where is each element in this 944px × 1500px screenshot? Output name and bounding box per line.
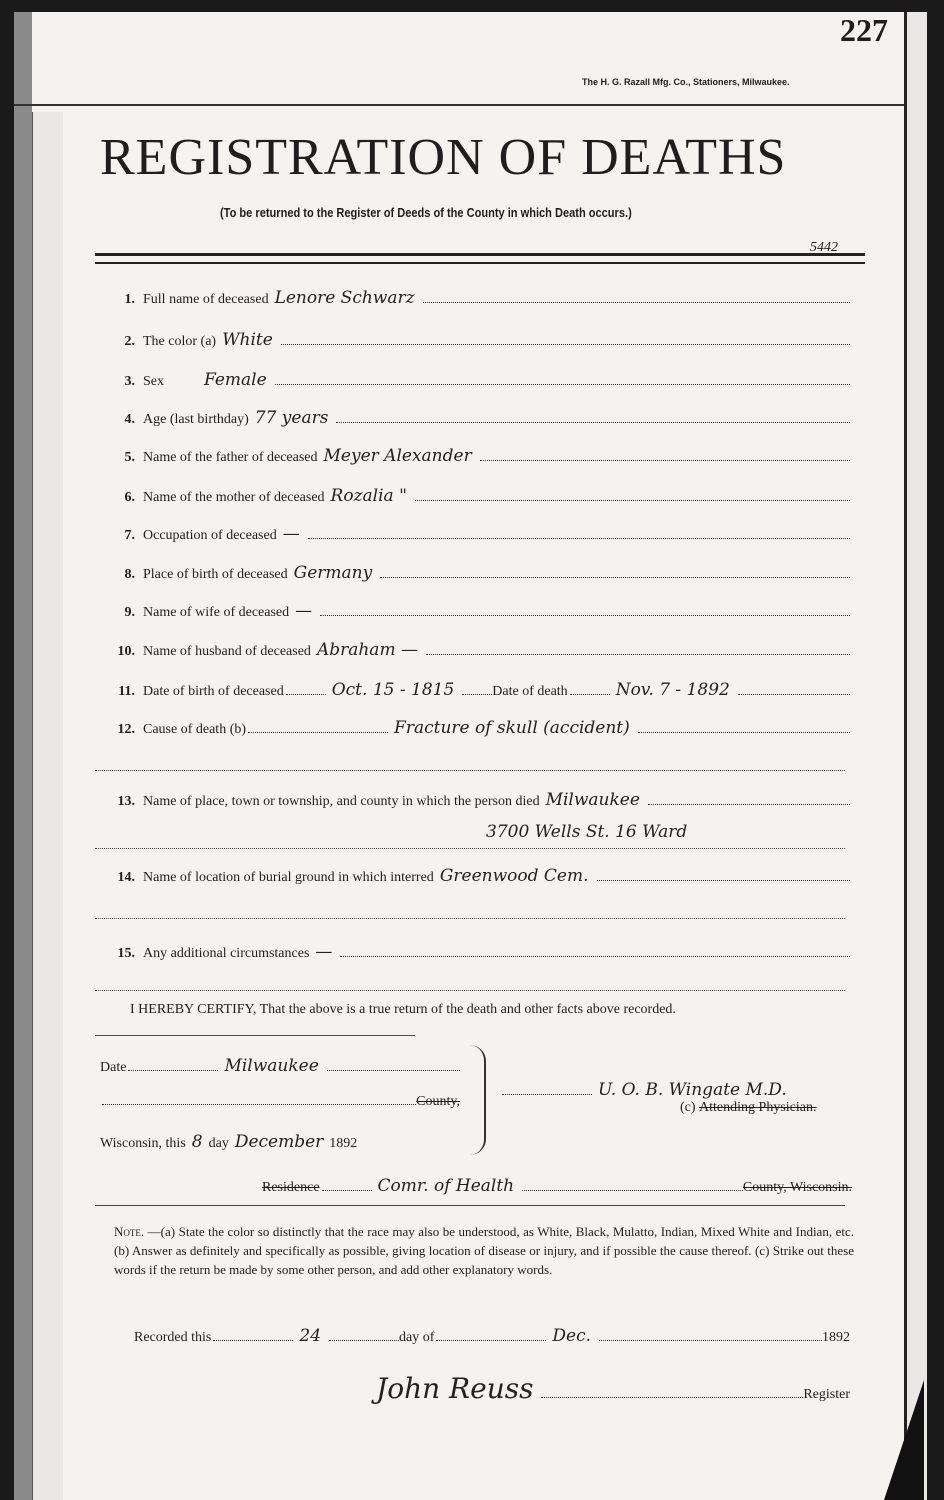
- title-rule: [95, 253, 865, 264]
- cause-continuation-line: [95, 770, 845, 771]
- field-label: The color (a): [143, 334, 216, 350]
- field-mother: 6. Name of the mother of deceased Rozali…: [100, 486, 850, 506]
- field-label: Name of location of burial ground in whi…: [143, 870, 434, 886]
- cert-brace: [470, 1045, 486, 1155]
- field-value: —: [289, 601, 318, 621]
- field-value: Greenwood Cem.: [434, 866, 595, 886]
- certification-statement: I HEREBY CERTIFY, That the above is a tr…: [130, 1002, 676, 1018]
- field-value: Germany: [288, 563, 379, 583]
- field-value: White: [216, 330, 279, 350]
- left-margin: [32, 112, 63, 1500]
- field-burial: 14. Name of location of burial ground in…: [100, 866, 850, 886]
- field-sex: 3. Sex Female: [100, 370, 850, 390]
- residence-suffix: County, Wisconsin.: [743, 1180, 852, 1196]
- physician-label: Attending Physician.: [699, 1100, 816, 1116]
- field-label: Date of birth of deceased: [143, 684, 284, 700]
- cert-day-value: 8: [186, 1132, 209, 1152]
- page-corner: [884, 1380, 924, 1500]
- field-full-name: 1. Full name of deceased Lenore Schwarz: [100, 288, 850, 308]
- circumstances-continuation-line: [95, 990, 845, 991]
- field-color: 2. The color (a) White: [100, 330, 850, 350]
- field-value: 77 years: [249, 408, 335, 428]
- death-date-value: Nov. 7 - 1892: [610, 680, 736, 700]
- field-husband: 10. Name of husband of deceased Abraham …: [100, 640, 850, 660]
- register-signature: John Reuss: [370, 1372, 539, 1405]
- field-value: Milwaukee: [540, 790, 646, 810]
- register-row: John Reuss Register: [370, 1372, 850, 1405]
- birth-date-value: Oct. 15 - 1815: [326, 680, 461, 700]
- burial-continuation-line: [95, 918, 845, 919]
- field-label: Cause of death (b): [143, 722, 246, 738]
- explanatory-note: Note. —(a) State the color so distinctly…: [114, 1222, 854, 1279]
- stationer-imprint: The H. G. Razall Mfg. Co., Stationers, M…: [582, 77, 790, 87]
- field-place-of-death: 13. Name of place, town or township, and…: [100, 790, 850, 810]
- residence-value: Comr. of Health: [372, 1176, 521, 1196]
- field-age: 4. Age (last birthday) 77 years: [100, 408, 850, 428]
- cert-date-value: Milwaukee: [218, 1056, 324, 1076]
- top-rule: [14, 104, 904, 106]
- page-number: 227: [840, 12, 888, 49]
- field-label: Full name of deceased: [143, 292, 269, 308]
- field-value: Lenore Schwarz: [269, 288, 421, 308]
- cert-county-label: County,: [416, 1094, 460, 1110]
- recorded-year-value: 1892: [822, 1330, 850, 1346]
- recorded-day-value: 24: [293, 1326, 327, 1346]
- field-value-line2: 3700 Wells St. 16 Ward: [480, 822, 693, 842]
- cert-date-label: Date: [100, 1060, 126, 1076]
- field-label: Any additional circumstances: [143, 946, 309, 962]
- field-value: Female: [164, 370, 273, 390]
- recorded-row: Recorded this 24 day of Dec. 1892: [134, 1326, 850, 1346]
- field-label: Age (last birthday): [143, 412, 249, 428]
- field-dates: 11. Date of birth of deceased Oct. 15 - …: [100, 680, 850, 700]
- left-edge: [14, 12, 32, 1500]
- field-value: Meyer Alexander: [318, 446, 478, 466]
- field-value: Fracture of skull (accident): [388, 718, 636, 738]
- register-label: Register: [803, 1387, 850, 1403]
- field-value: Rozalia ": [325, 486, 413, 506]
- field-label: Name of the father of deceased: [143, 450, 318, 466]
- field-birthplace: 8. Place of birth of deceased Germany: [100, 563, 850, 583]
- death-date-label: Date of death: [492, 684, 567, 700]
- field-label: Name of the mother of deceased: [143, 490, 325, 506]
- right-margin: [904, 12, 927, 1500]
- cert-month-value: December: [229, 1132, 329, 1152]
- cert-date-row: Date Milwaukee: [100, 1056, 460, 1076]
- field-label: Occupation of deceased: [143, 528, 277, 544]
- document-title: REGISTRATION OF DEATHS: [100, 128, 786, 187]
- cert-bottom-rule: [95, 1205, 845, 1206]
- field-label: Place of birth of deceased: [143, 567, 288, 583]
- physician-signature: U. O. B. Wingate M.D.: [592, 1080, 793, 1100]
- recorded-month-value: Dec.: [546, 1326, 597, 1346]
- field-label: Name of place, town or township, and cou…: [143, 794, 540, 810]
- place-line-2: 3700 Wells St. 16 Ward: [480, 822, 693, 842]
- physician-label-row: (c) Attending Physician.: [680, 1100, 816, 1116]
- cert-year-value: 1892: [329, 1136, 357, 1152]
- field-value: Abraham —: [311, 640, 424, 660]
- place-continuation-line: [95, 848, 845, 849]
- residence-label: Residence: [262, 1180, 320, 1196]
- field-circumstances: 15. Any additional circumstances —: [100, 942, 850, 962]
- field-cause: 12. Cause of death (b) Fracture of skull…: [100, 718, 850, 738]
- field-wife: 9. Name of wife of deceased —: [100, 601, 850, 621]
- field-label: Name of wife of deceased: [143, 605, 289, 621]
- field-father: 5. Name of the father of deceased Meyer …: [100, 446, 850, 466]
- physician-signature-row: U. O. B. Wingate M.D.: [500, 1080, 850, 1100]
- field-value: —: [309, 942, 338, 962]
- residence-row: Residence Comr. of Health County, Wiscon…: [262, 1176, 852, 1196]
- document-subtitle: (To be returned to the Register of Deeds…: [220, 205, 632, 220]
- field-label: Sex: [143, 374, 164, 390]
- field-occupation: 7. Occupation of deceased —: [100, 524, 850, 544]
- cert-day-row: Wisconsin, this 8 day December 1892: [100, 1132, 460, 1152]
- cert-county-row: County,: [100, 1094, 460, 1110]
- field-value: —: [277, 524, 306, 544]
- cert-rule: [95, 1035, 415, 1036]
- field-label: Name of husband of deceased: [143, 644, 311, 660]
